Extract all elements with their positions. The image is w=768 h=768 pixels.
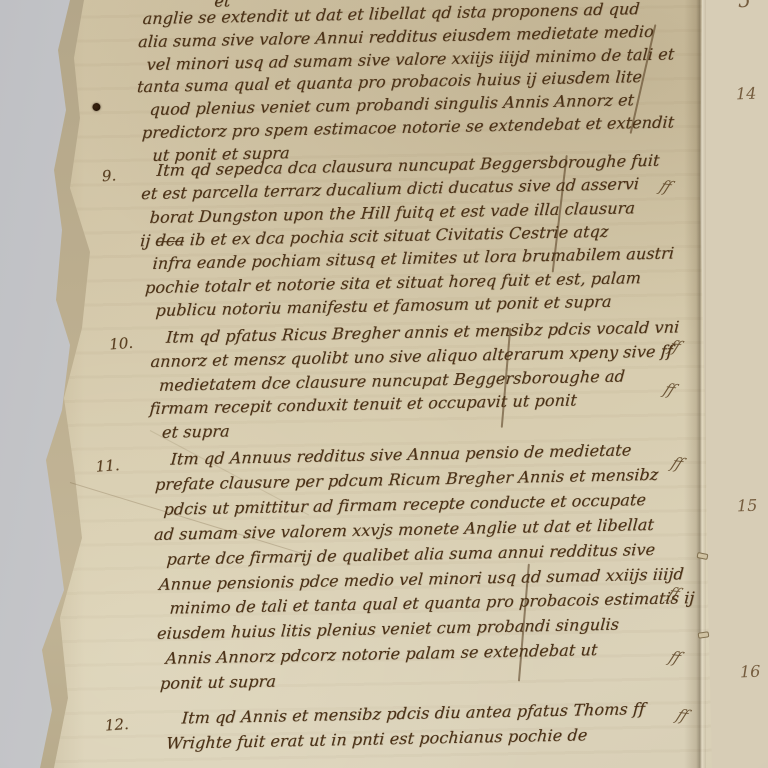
manuscript-line: Itm qd Annuus redditus sive Annua pensio…: [170, 442, 632, 467]
margin-dot: [92, 103, 100, 111]
margin-item-number: 12.: [104, 717, 129, 734]
manuscript-line: predictorz pro spem estimacoe notorie se…: [141, 114, 674, 141]
manuscript-line: ponit ut supra: [160, 674, 277, 692]
manuscript-line: Annue pensionis pdce medio vel minori us…: [159, 566, 685, 593]
line-end-flourish: ff: [669, 456, 686, 472]
manuscript-line: minimo de tali et tanta qual et quanta p…: [169, 591, 695, 618]
manuscript-line: firmam recepit conduxit tenuit et occupa…: [149, 393, 577, 418]
photograph: 5 14 15 16 et anglie se extendit ut dat …: [0, 0, 768, 768]
line-end-flourish: ff: [657, 179, 674, 195]
manuscript-line: parte dce firmarij de qualibet alia suma…: [166, 541, 656, 567]
margin-item-number: 10.: [109, 336, 134, 353]
manuscript-line: ad sumam sive valorem xxvjs monete Angli…: [154, 517, 655, 543]
manuscript-line: publicu notoriu manifestu et famosum ut …: [155, 294, 612, 319]
line-end-flourish: ff: [667, 650, 684, 666]
manuscript-line: et est parcella terrarz ducalium dicti d…: [141, 176, 640, 202]
margin-item-number: 11.: [95, 458, 120, 475]
manuscript-line: prefate clausure per pdcum Ricum Bregher…: [155, 467, 659, 493]
line-end-flourish: ff: [661, 382, 678, 398]
margin-item-number: 9.: [101, 168, 116, 184]
manuscript-line: eiusdem huius litis plenius veniet cum p…: [157, 617, 620, 642]
manuscript-line: Itm qd pfatus Ricus Bregher annis et men…: [166, 319, 680, 345]
manuscript-line: Wrighte fuit erat ut in pnti est pochian…: [166, 727, 588, 751]
manuscript-line: pdcis ut pmittitur ad firmam recepte con…: [163, 492, 647, 518]
manuscript-line: medietatem dce clausure nuncupat Beggers…: [159, 368, 626, 393]
manuscript-line: Itm qd Annis et mensibz pdcis diu antea …: [181, 701, 645, 726]
line-end-flourish: ff: [674, 708, 691, 724]
handwriting-layer: et anglie se extendit ut dat et libellat…: [0, 0, 768, 768]
manuscript-line: et supra: [161, 424, 230, 441]
manuscript-line: annorz et mensz quolibt uno sive aliquo …: [150, 343, 673, 370]
manuscript-line: Annis Annorz pdcorz notorie palam se ext…: [165, 642, 598, 667]
